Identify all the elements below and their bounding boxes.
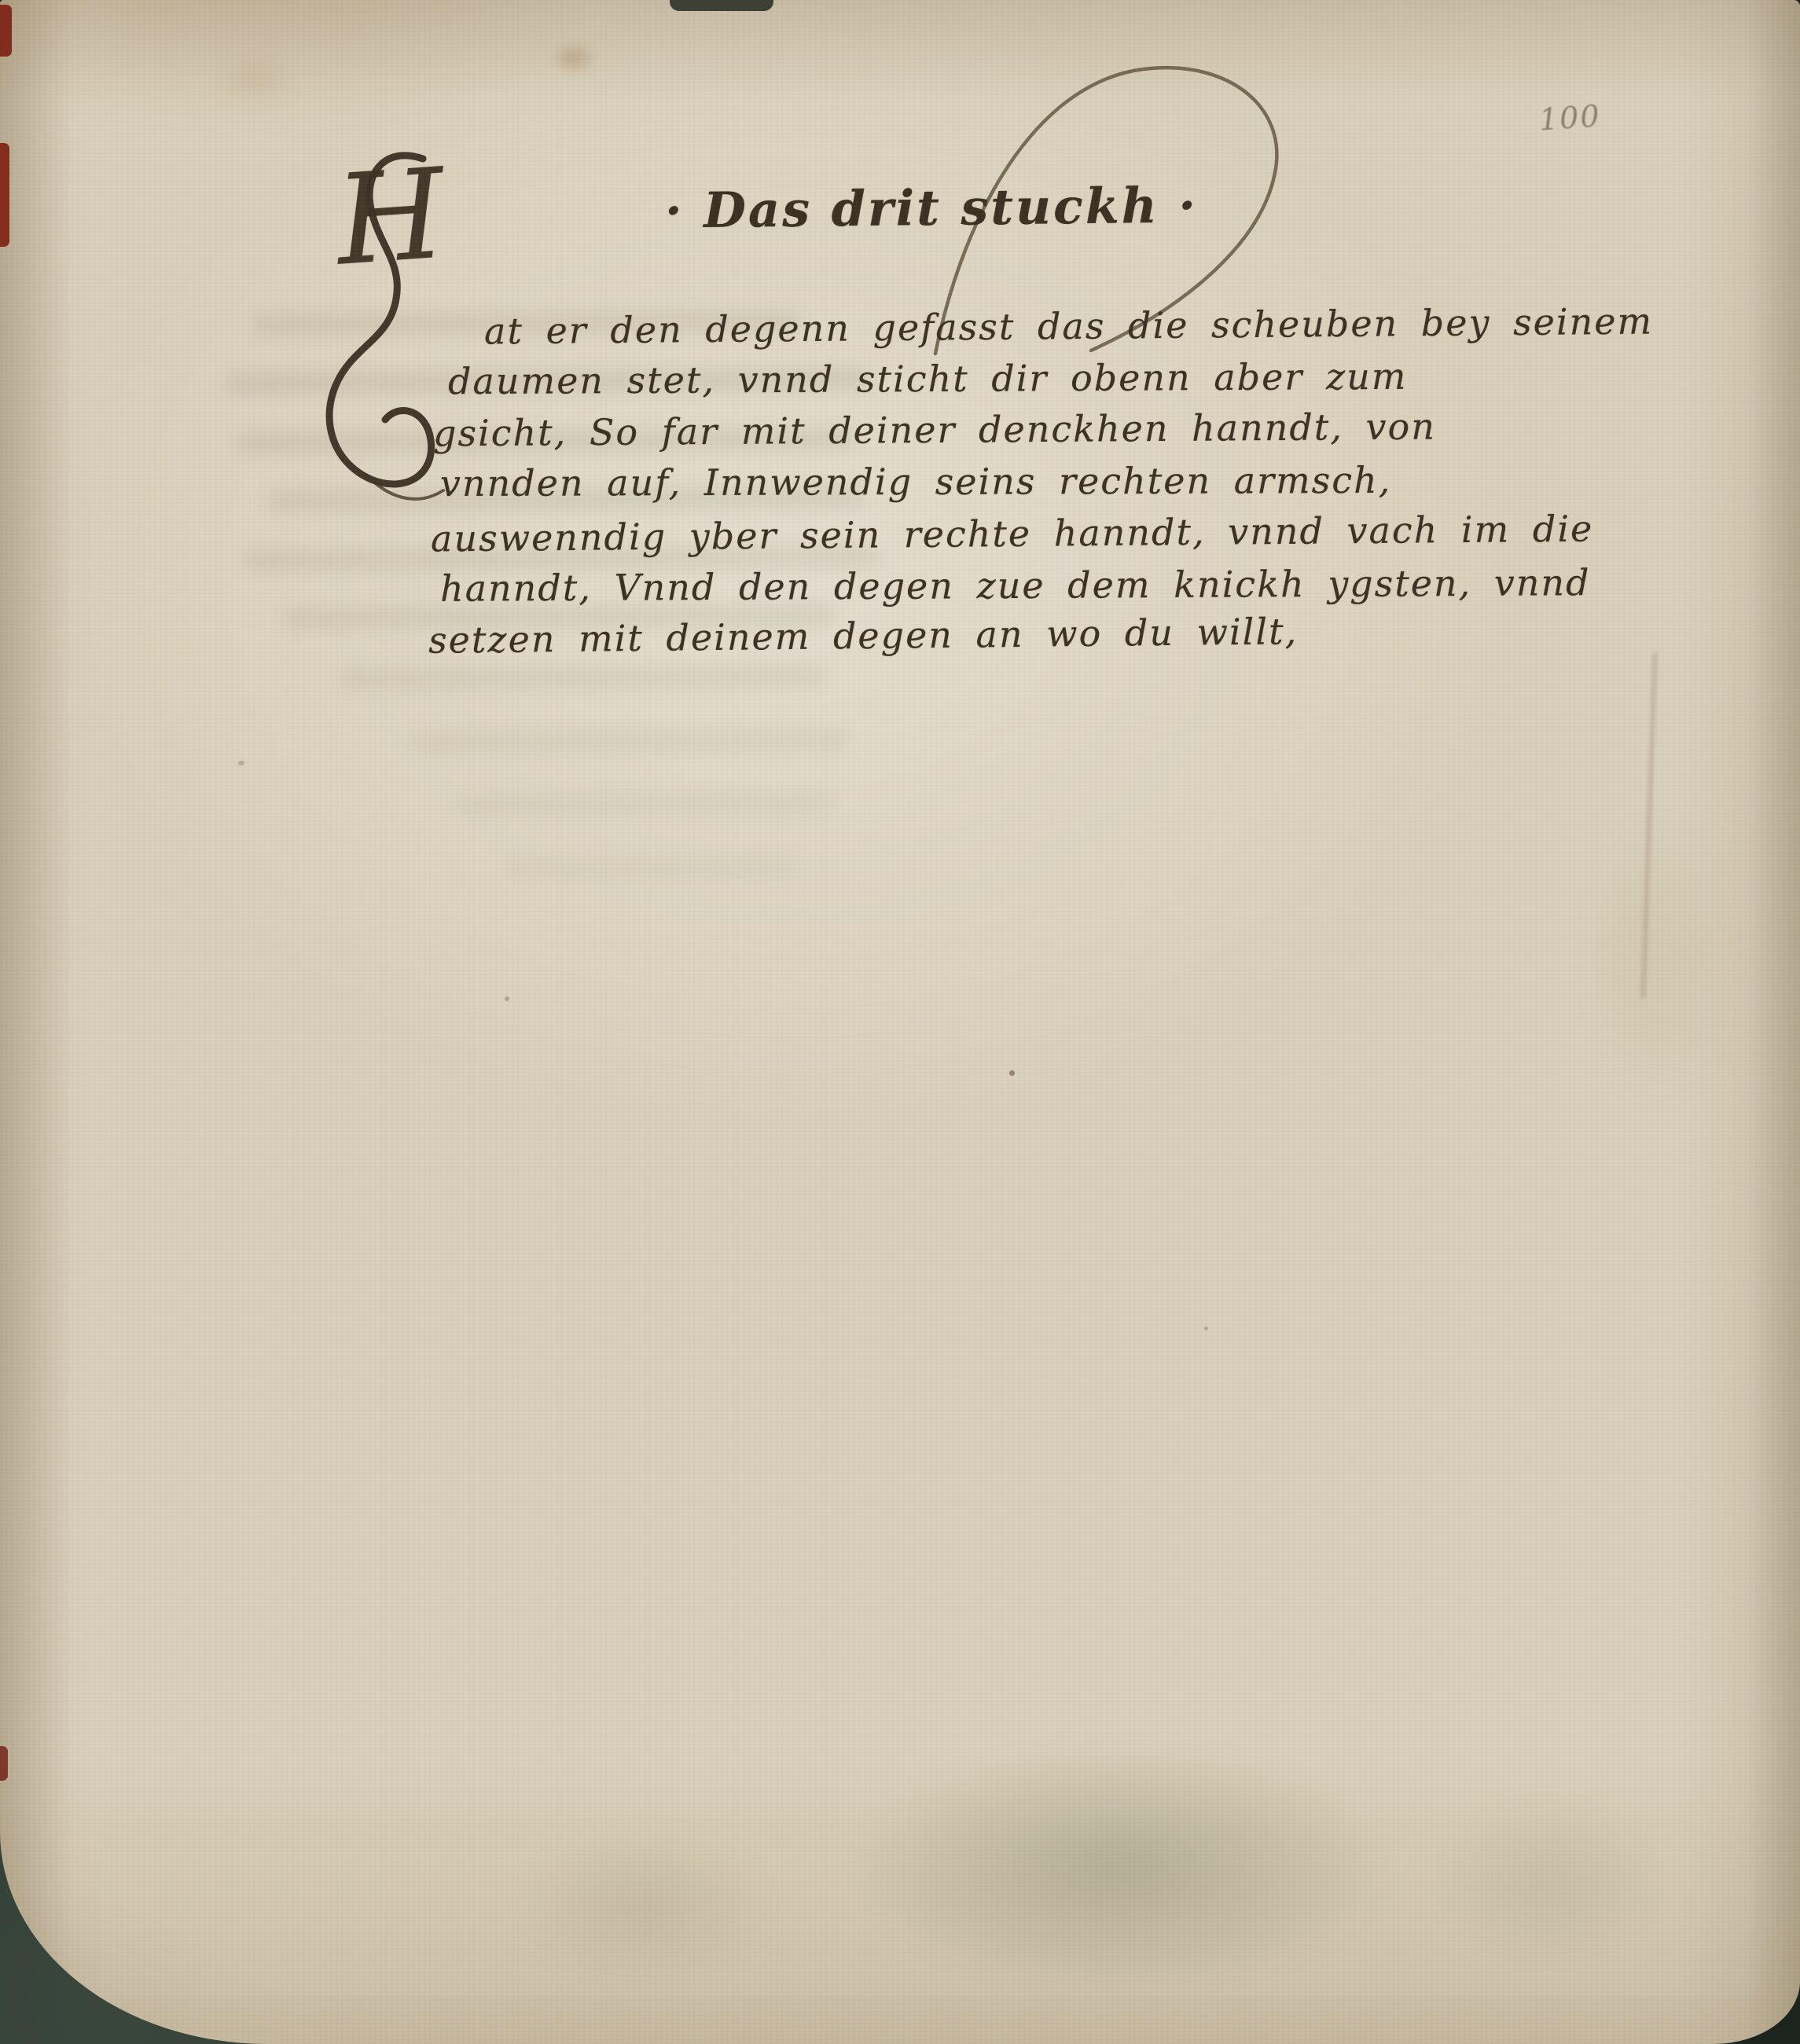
manuscript-page: 100 · Das drit stuckh · H at er den dege… — [0, 0, 1800, 2044]
paper-crease — [1641, 652, 1656, 998]
edge-red-mark — [0, 143, 9, 247]
text-line: hanndt, Vnnd den degen zue dem knickh yg… — [440, 561, 1591, 610]
stain-top-spot — [541, 35, 607, 82]
stain-bottom — [755, 1697, 1486, 2035]
folio-number: 100 — [1538, 98, 1602, 137]
text-line: vnnden auf, Innwendig seins rechten arms… — [440, 459, 1391, 505]
edge-red-mark — [0, 5, 12, 57]
text-line: gsicht, So far mit deiner denckhen hannd… — [433, 405, 1436, 455]
verso-show-through — [338, 666, 825, 690]
stain-bottom-right — [1383, 1760, 1714, 1996]
stain-top-left — [197, 44, 314, 119]
text-line: auswenndig yber sein rechte hanndt, vnnd… — [431, 508, 1594, 560]
paper-speck — [505, 996, 509, 1001]
text-line: setzen mit deinem degen an wo du willt, — [428, 610, 1299, 662]
paper-speck — [1204, 1327, 1208, 1330]
paper-speck — [238, 761, 244, 765]
edge-red-mark — [0, 1746, 8, 1781]
section-heading: · Das drit stuckh · — [665, 176, 1199, 239]
stain-bottom-left — [472, 1800, 817, 2012]
verso-show-through — [456, 792, 833, 815]
verso-show-through — [503, 856, 802, 879]
text-line: at er den degenn gefasst das die scheube… — [484, 300, 1654, 353]
scanned-book-spread: 100 · Das drit stuckh · H at er den dege… — [0, 0, 1800, 2044]
stain-right-mid — [1556, 754, 1761, 1163]
paper-speck — [1009, 1070, 1015, 1076]
text-line: daumen stet, vnnd sticht dir obenn aber … — [448, 355, 1408, 402]
verso-show-through — [409, 729, 849, 753]
binding-notch — [670, 0, 773, 11]
initial-letter: H — [332, 152, 449, 283]
